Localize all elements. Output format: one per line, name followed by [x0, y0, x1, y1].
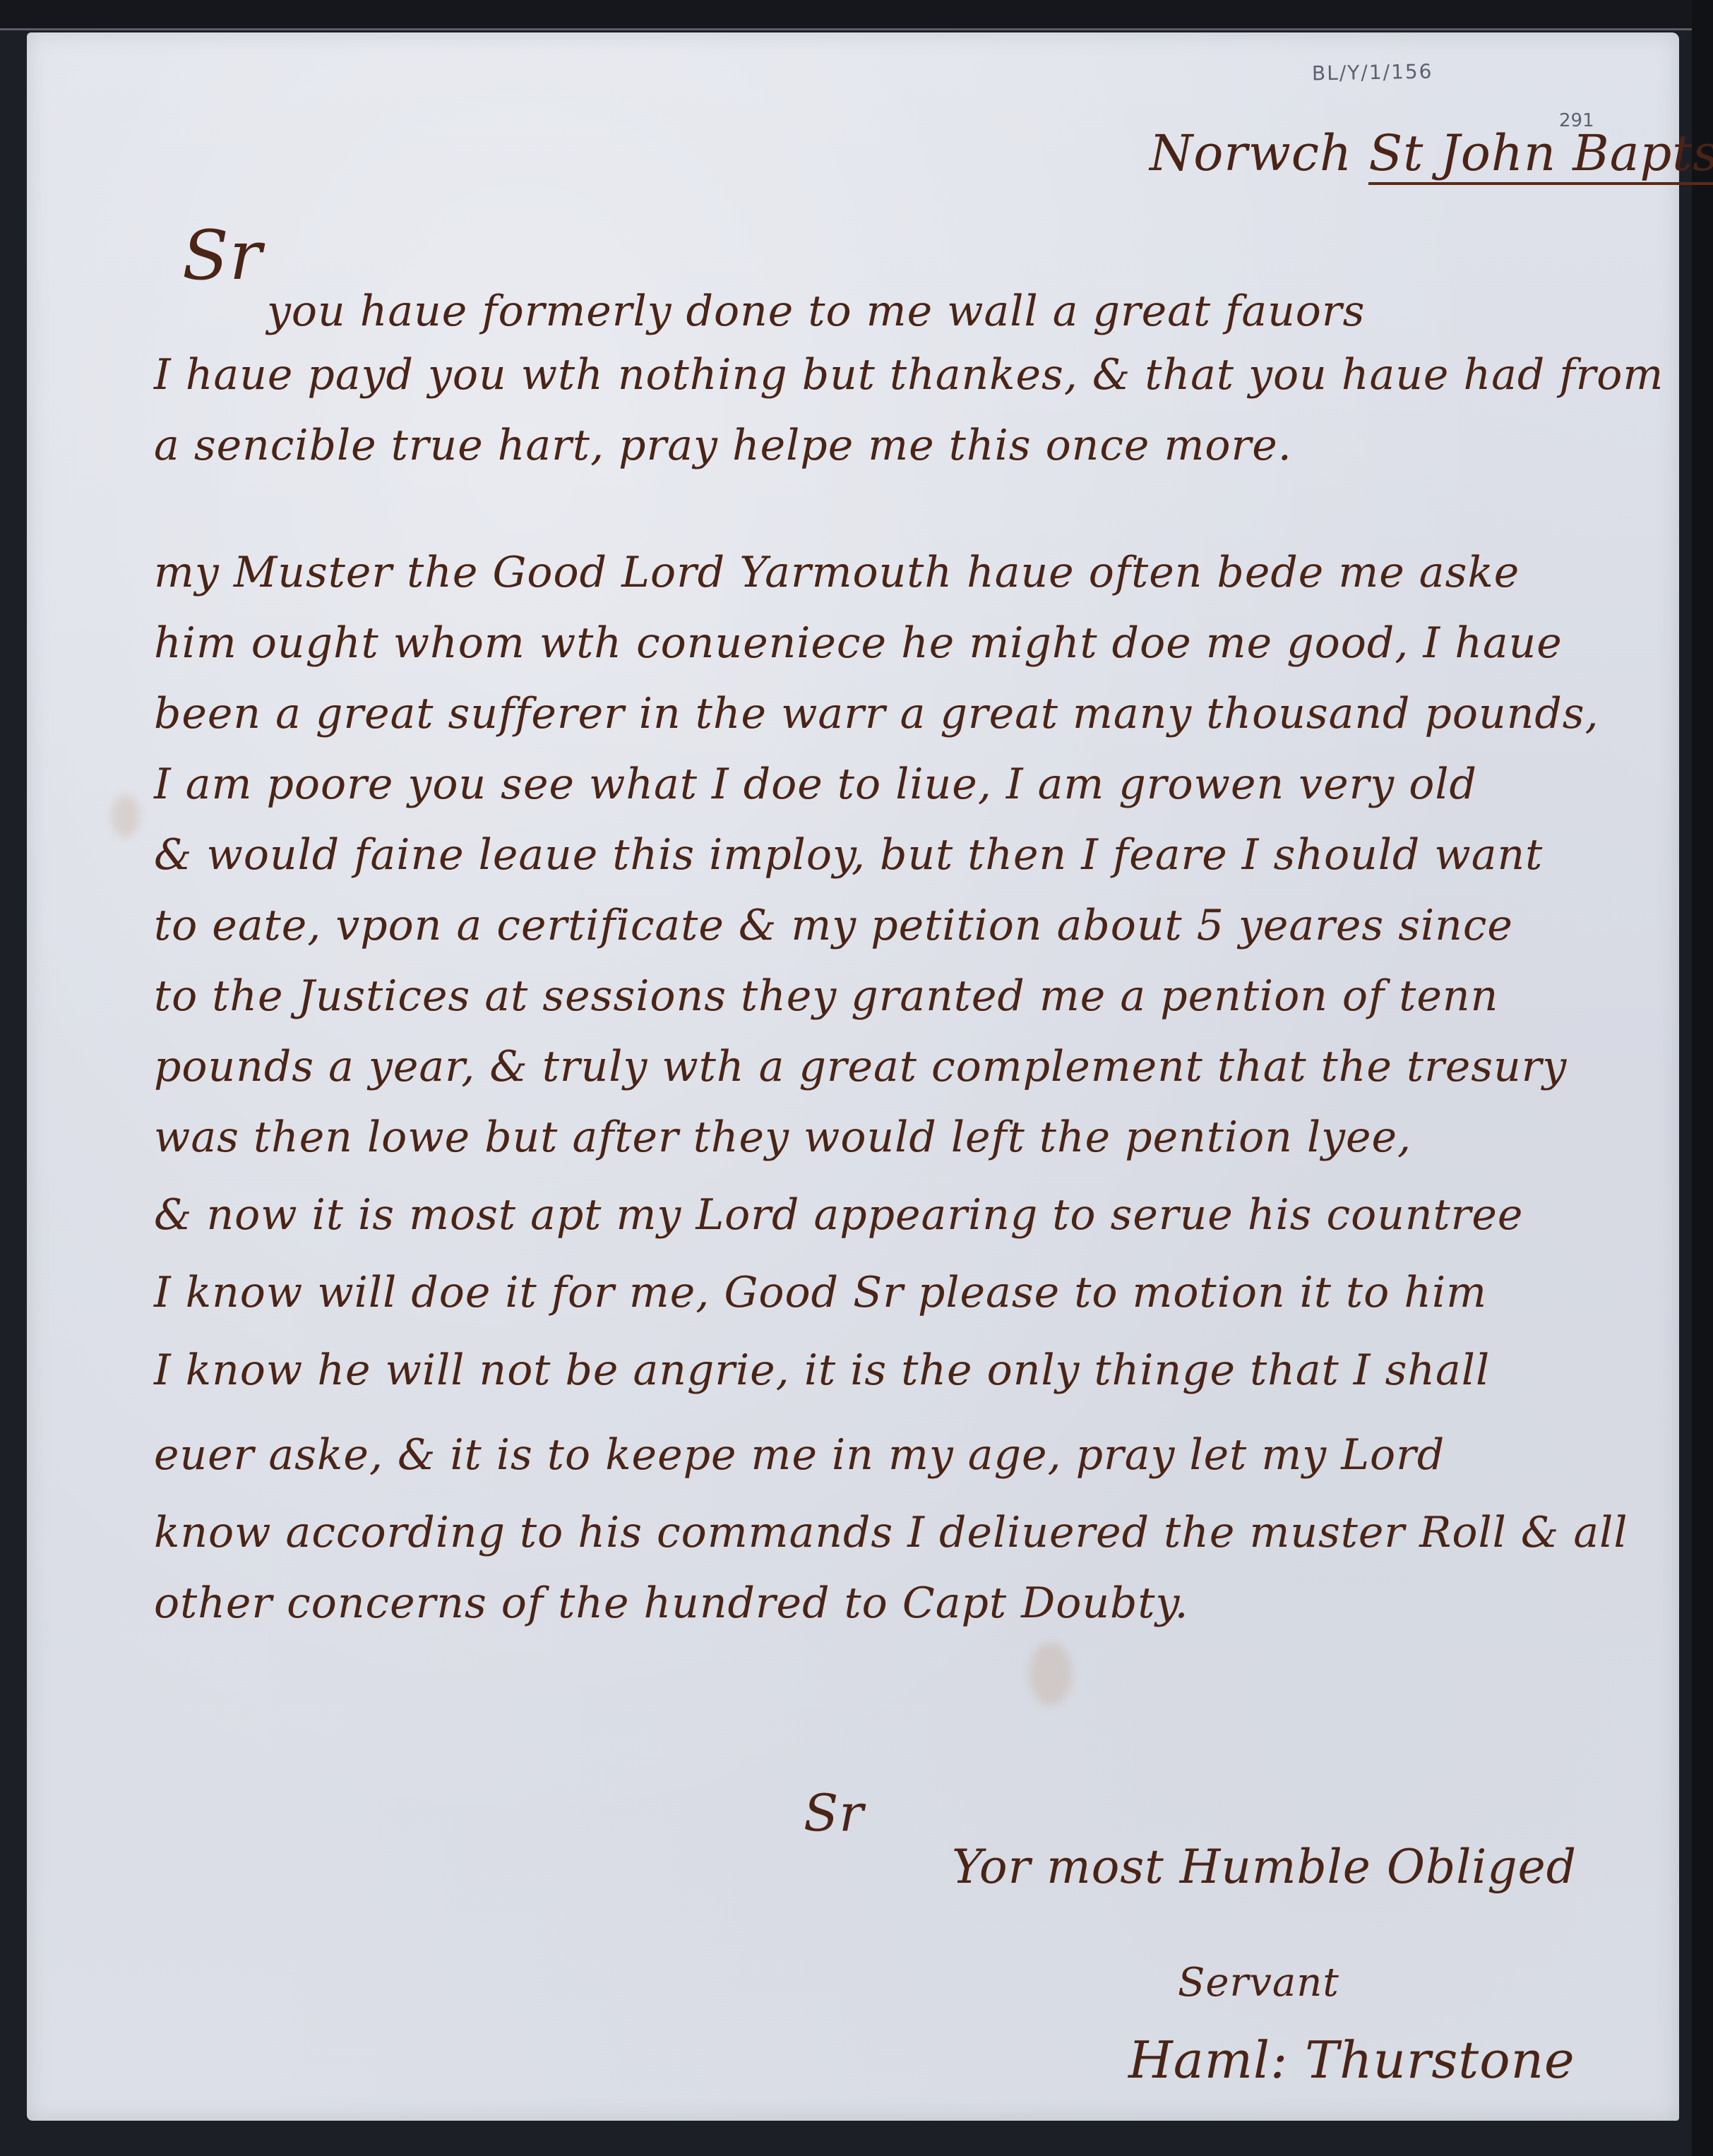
body-line: to eate, vpon a certificate & my petitio…	[154, 901, 1513, 950]
body-line: other concerns of the hundred to Capt Do…	[154, 1579, 1189, 1628]
body-line: I know he will not be angrie, it is the …	[154, 1346, 1490, 1395]
body-line: I haue payd you wth nothing but thankes,…	[154, 350, 1664, 400]
body-line: pounds a year, & truly wth a great compl…	[154, 1042, 1567, 1091]
closing-salutation: Sr	[804, 1783, 864, 1843]
mount-top-edge	[0, 0, 1713, 30]
archive-reference: BL/Y/1/156	[1312, 60, 1433, 85]
body-line: I know will doe it for me, Good Sr pleas…	[154, 1268, 1487, 1317]
body-line: been a great sufferer in the warr a grea…	[154, 689, 1599, 738]
body-line: I am poore you see what I doe to liue, I…	[154, 760, 1477, 809]
ink-stain	[1029, 1642, 1072, 1706]
closing-phrase: Yor most Humble Obliged	[952, 1840, 1577, 1894]
body-line: him ought whom wth conueniece he might d…	[154, 618, 1563, 668]
body-line: know according to his commands I deliuer…	[154, 1508, 1628, 1557]
dateline-place: Norwch	[1150, 124, 1352, 182]
body-line: & would faine leaue this imploy, but the…	[154, 830, 1543, 880]
body-line: a sencible true hart, pray helpe me this…	[154, 421, 1292, 470]
body-line: euer aske, & it is to keepe me in my age…	[154, 1430, 1445, 1480]
body-line: & now it is most apt my Lord appearing t…	[154, 1190, 1523, 1240]
letter-sheet: BL/Y/1/156 291 Norwch St John Baptst 76 …	[27, 32, 1679, 2121]
dateline: Norwch St John Baptst 76	[1150, 124, 1713, 182]
salutation: Sr	[182, 216, 263, 295]
ink-stain	[112, 795, 140, 837]
signature: Haml: Thurstone	[1128, 2030, 1575, 2090]
body-line: was then lowe but after they would left …	[154, 1113, 1411, 1162]
dateline-date: St John Baptst 76	[1368, 124, 1713, 185]
body-line: to the Justices at sessions they granted…	[154, 971, 1498, 1021]
body-line: you haue formerly done to me wall a grea…	[267, 287, 1365, 336]
closing-servant: Servant	[1178, 1960, 1339, 2006]
body-line: my Muster the Good Lord Yarmouth haue of…	[154, 548, 1520, 597]
mount-right-edge	[1692, 0, 1713, 2156]
